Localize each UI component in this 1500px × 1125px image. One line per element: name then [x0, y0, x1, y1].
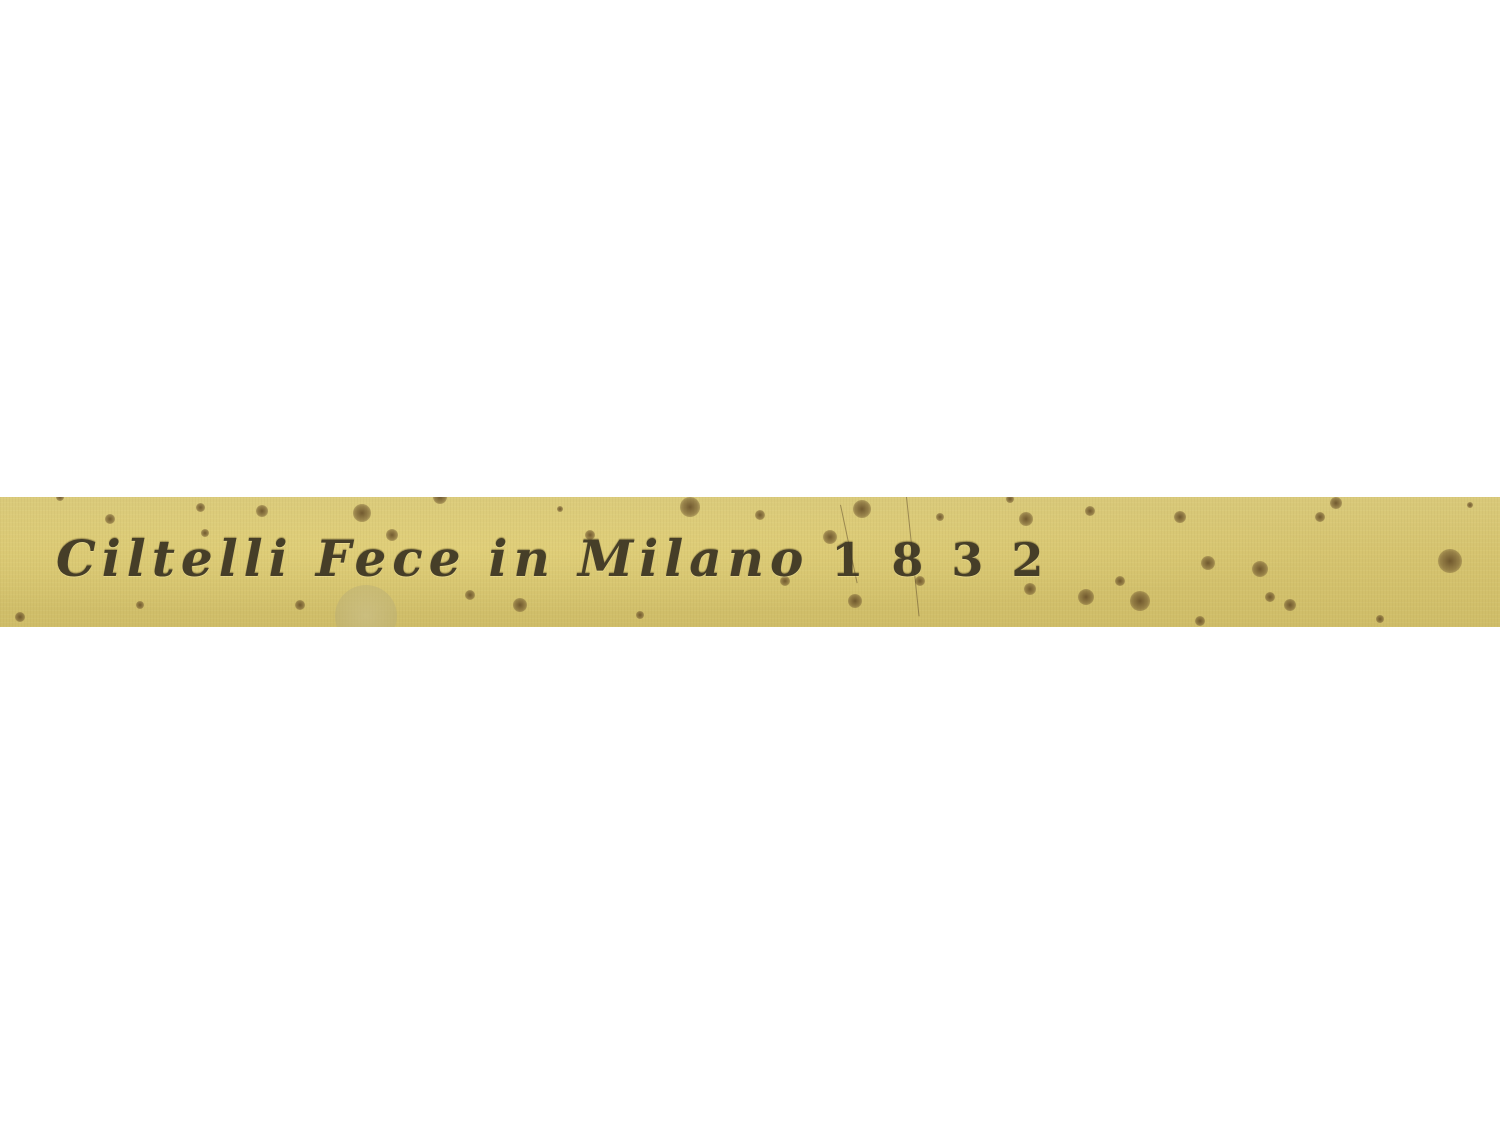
patina-spot [1467, 502, 1473, 508]
patina-spot [465, 590, 475, 600]
patina-spot [848, 594, 862, 608]
inscription-year: 1832 [831, 533, 1071, 587]
patina-spot [136, 601, 144, 609]
patina-spot [1252, 561, 1268, 577]
patina-spot [196, 503, 205, 512]
patina-spot [1201, 556, 1215, 570]
patina-spot [1330, 497, 1342, 509]
patina-spot [1019, 512, 1033, 526]
patina-spot [1315, 512, 1325, 522]
patina-spot [105, 514, 115, 524]
patina-spot [1174, 511, 1186, 523]
patina-spot [1438, 549, 1462, 573]
patina-spot [513, 598, 527, 612]
patina-spot [256, 505, 268, 517]
patina-spot [1085, 506, 1095, 516]
patina-spot [353, 504, 371, 522]
inscription-preposition: in [489, 529, 556, 588]
patina-spot [1195, 616, 1205, 626]
patina-spot [1376, 615, 1384, 623]
patina-spot [295, 600, 305, 610]
engraved-inscription: CiltelliFeceinMilano1832 [56, 529, 1071, 588]
patina-spot [1078, 589, 1094, 605]
patina-spot [1284, 599, 1296, 611]
inscription-city: Milano [578, 529, 809, 588]
patina-spot [1115, 576, 1125, 586]
patina-spot [853, 500, 871, 518]
patina-spot [15, 612, 25, 622]
patina-spot [1265, 592, 1275, 602]
inscription-maker: Ciltelli [56, 529, 294, 588]
patina-spot [557, 506, 563, 512]
patina-spot [755, 510, 765, 520]
patina-spot [1130, 591, 1150, 611]
brass-plate: CiltelliFeceinMilano1832 [0, 497, 1500, 627]
patina-spot [680, 497, 700, 517]
patina-spot [636, 611, 644, 619]
inscription-verb: Fece [316, 529, 467, 588]
patina-spot [936, 513, 944, 521]
